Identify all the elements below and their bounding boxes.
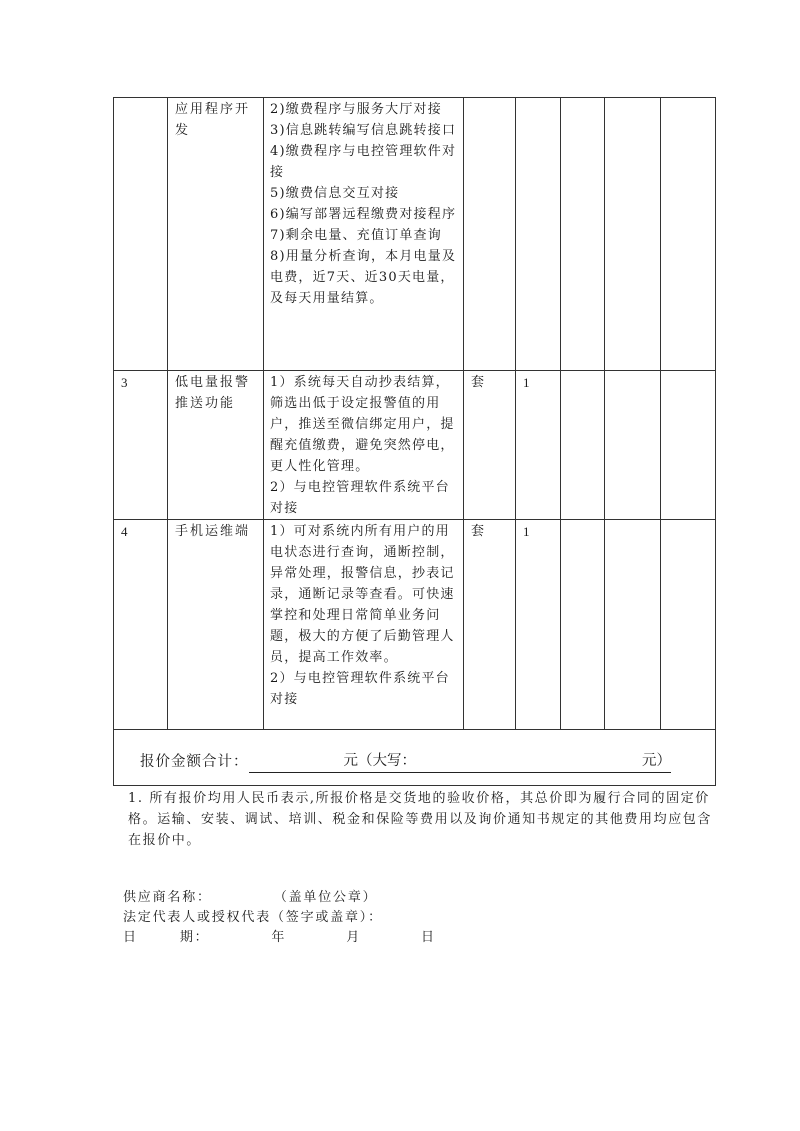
desc-line: 2）与电控管理软件系统平台对接 <box>270 477 460 519</box>
desc-line: 5)缴费信息交互对接 <box>270 183 460 204</box>
cell-col6 <box>561 520 605 730</box>
cell-item-name: 低电量报警推送功能 <box>168 371 264 520</box>
cell-unit: 套 <box>464 520 516 730</box>
quotation-table: 应用程序开发 2)缴费程序与服务大厅对接 3)信息跳转编写信息跳转接口 4)缴费… <box>113 97 716 786</box>
desc-line: 3)信息跳转编写信息跳转接口 <box>270 120 460 141</box>
cell-col8 <box>661 371 716 520</box>
total-cell: 报价金额合计： 元（大写： 元） <box>114 730 716 786</box>
cell-qty: 1 <box>516 371 561 520</box>
desc-line: 1）可对系统内所有用户的用电状态进行查询，通断控制，异常处理，报警信息，抄表记录… <box>270 521 460 668</box>
year-label: 年 <box>271 930 286 945</box>
supplier-line: 供应商名称：（盖单位公章） <box>123 888 436 908</box>
supplier-label: 供应商名称： <box>123 890 212 905</box>
cell-qty <box>516 98 561 371</box>
cell-col8 <box>661 520 716 730</box>
cell-description: 1）可对系统内所有用户的用电状态进行查询，通断控制，异常处理，报警信息，抄表记录… <box>264 520 464 730</box>
month-label: 月 <box>346 930 361 945</box>
yuan-close-label: 元） <box>642 751 671 773</box>
table-row: 3 低电量报警推送功能 1）系统每天自动抄表结算，筛选出低于设定报警值的用户，推… <box>114 371 716 520</box>
desc-line: 2）与电控管理软件系统平台对接 <box>270 668 460 710</box>
date-line: 日期：年月日 <box>123 928 436 948</box>
cell-col7 <box>605 520 661 730</box>
cell-col8 <box>661 98 716 371</box>
amount-capital-blank[interactable] <box>416 772 642 773</box>
cell-col6 <box>561 98 605 371</box>
cell-col6 <box>561 371 605 520</box>
total-label: 报价金额合计： <box>140 752 249 773</box>
cell-no <box>114 98 168 371</box>
pricing-note: 1. 所有报价均用人民币表示,所报价格是交货地的验收价格，其总价即为履行合同的固… <box>128 788 718 851</box>
yuan-capital-label: 元（大写： <box>344 751 417 773</box>
cell-col7 <box>605 98 661 371</box>
desc-line: 7)剩余电量、充值订单查询 <box>270 225 460 246</box>
total-row: 报价金额合计： 元（大写： 元） <box>114 730 716 786</box>
cell-description: 1）系统每天自动抄表结算，筛选出低于设定报警值的用户，推送至微信绑定用户，提醒充… <box>264 371 464 520</box>
supplier-seal: （盖单位公章） <box>274 890 378 905</box>
total-amount-line: 报价金额合计： 元（大写： 元） <box>114 751 715 773</box>
desc-line: 2)缴费程序与服务大厅对接 <box>270 99 460 120</box>
amount-blank[interactable] <box>249 772 344 773</box>
cell-item-name: 应用程序开发 <box>168 98 264 371</box>
representative-line: 法定代表人或授权代表（签字或盖章）： <box>123 908 436 928</box>
desc-line: 6)编写部署远程缴费对接程序 <box>270 204 460 225</box>
desc-line: 8)用量分析查询，本月电量及电费，近7天、近30天电量，及每天用量结算。 <box>270 246 460 309</box>
day-label: 日 <box>421 930 436 945</box>
cell-no: 3 <box>114 371 168 520</box>
cell-item-name: 手机运维端 <box>168 520 264 730</box>
desc-line: 4)缴费程序与电控管理软件对接 <box>270 141 460 183</box>
cell-description: 2)缴费程序与服务大厅对接 3)信息跳转编写信息跳转接口 4)缴费程序与电控管理… <box>264 98 464 371</box>
representative-label: 法定代表人或授权代表（签字或盖章）： <box>123 910 383 925</box>
signature-block: 供应商名称：（盖单位公章） 法定代表人或授权代表（签字或盖章）： 日期：年月日 <box>123 888 436 948</box>
cell-qty: 1 <box>516 520 561 730</box>
date-label-1: 日 <box>123 930 138 945</box>
desc-line: 1）系统每天自动抄表结算，筛选出低于设定报警值的用户，推送至微信绑定用户，提醒充… <box>270 372 460 477</box>
table-row: 应用程序开发 2)缴费程序与服务大厅对接 3)信息跳转编写信息跳转接口 4)缴费… <box>114 98 716 371</box>
cell-no: 4 <box>114 520 168 730</box>
table-row: 4 手机运维端 1）可对系统内所有用户的用电状态进行查询，通断控制，异常处理，报… <box>114 520 716 730</box>
date-label-2: 期： <box>180 930 210 945</box>
cell-unit <box>464 98 516 371</box>
cell-unit: 套 <box>464 371 516 520</box>
cell-col7 <box>605 371 661 520</box>
